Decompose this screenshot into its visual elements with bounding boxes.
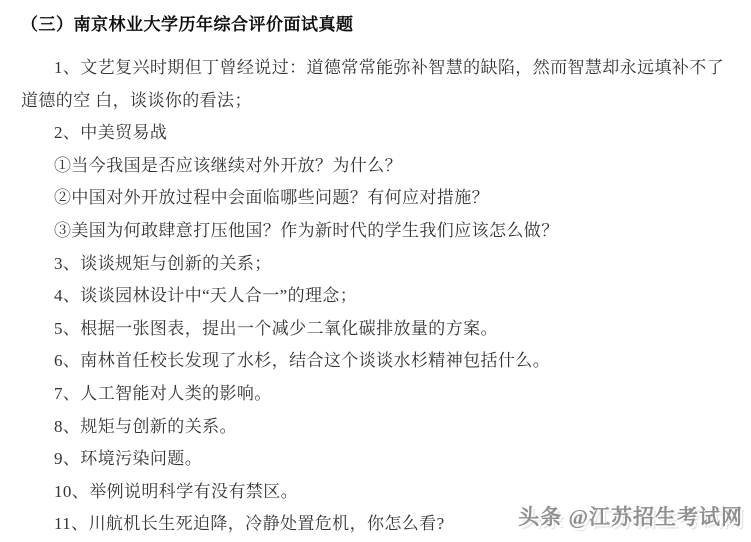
question-line: 3、谈谈规矩与创新的关系； xyxy=(21,248,731,281)
question-subline: ③美国为何敢肆意打压他国？作为新时代的学生我们应该怎么做？ xyxy=(21,215,731,248)
question-line: 7、人工智能对人类的影响。 xyxy=(21,378,731,411)
document-page: （三）南京林业大学历年综合评价面试真题 1、文艺复兴时期但丁曾经说过：道德常常能… xyxy=(0,0,751,542)
question-line-wrap: 道德的空 白，谈谈你的看法； xyxy=(21,85,731,118)
question-line: 9、环境污染问题。 xyxy=(21,443,731,476)
question-line: 2、中美贸易战 xyxy=(21,117,731,150)
page-title: （三）南京林业大学历年综合评价面试真题 xyxy=(21,13,731,37)
question-subline: ②中国对外开放过程中会面临哪些问题？有何应对措施？ xyxy=(21,182,731,215)
question-subline: ①当今我国是否应该继续对外开放？为什么？ xyxy=(21,150,731,183)
question-line: 5、根据一张图表，提出一个减少二氧化碳排放量的方案。 xyxy=(21,313,731,346)
question-line: 4、谈谈园林设计中“天人合一”的理念； xyxy=(21,280,731,313)
watermark: 头条 @江苏招生考试网 xyxy=(518,501,743,531)
question-list: 1、文艺复兴时期但丁曾经说过：道德常常能弥补智慧的缺陷，然而智慧却永远填补不了 … xyxy=(21,52,731,541)
question-line: 6、南林首任校长发现了水杉，结合这个谈谈水杉精神包括什么。 xyxy=(21,345,731,378)
question-line: 1、文艺复兴时期但丁曾经说过：道德常常能弥补智慧的缺陷，然而智慧却永远填补不了 xyxy=(21,52,731,85)
question-line: 8、规矩与创新的关系。 xyxy=(21,411,731,444)
